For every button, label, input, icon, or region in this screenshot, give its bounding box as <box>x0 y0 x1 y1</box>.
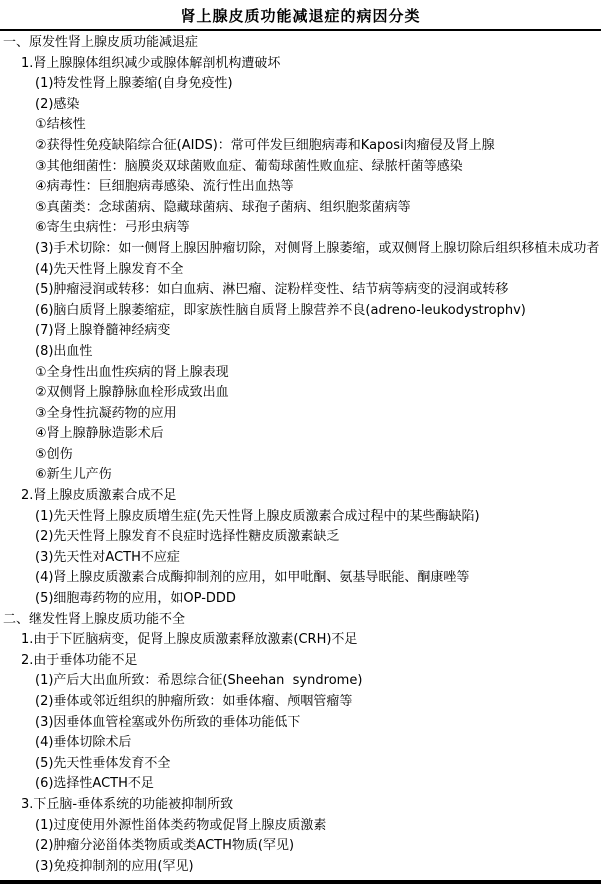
outline-line: (4)垂体切除术后 <box>0 733 601 754</box>
outline-line: (8)出血性 <box>0 342 601 363</box>
document-page: 肾上腺皮质功能减退症的病因分类 一、原发性肾上腺皮质功能减退症1.肾上腺腺体组织… <box>0 0 601 885</box>
outline-line: (3)先天性对ACTH不应症 <box>0 548 601 569</box>
outline-line: (1)特发性肾上腺萎缩(自身免疫性) <box>0 74 601 95</box>
outline-line: 3.下丘脑-垂体系统的功能被抑制所致 <box>0 795 601 816</box>
outline-line: ③其他细菌性：脑膜炎双球菌败血症、葡萄球菌性败血症、绿脓杆菌等感染 <box>0 157 601 178</box>
outline-line: (2)感染 <box>0 95 601 116</box>
outline-line: ⑥寄生虫病性：弓形虫病等 <box>0 218 601 239</box>
outline-line: (4)肾上腺皮质激素合成酶抑制剂的应用，如甲吡酮、氨基导眠能、酮康唑等 <box>0 568 601 589</box>
outline-line: ③全身性抗凝药物的应用 <box>0 404 601 425</box>
outline-line: ①结核性 <box>0 115 601 136</box>
outline-line: (3)手术切除：如一侧肾上腺因肿瘤切除，对侧肾上腺萎缩，或双侧肾上腺切除后组织移… <box>0 239 601 260</box>
outline-line: (4)先天性肾上腺发育不全 <box>0 260 601 281</box>
outline-line: (1)产后大出血所致：希恩综合征(Sheehan syndrome) <box>0 671 601 692</box>
outline-line: (2)肿瘤分泌甾体类物质或类ACTH物质(罕见) <box>0 836 601 857</box>
outline-line: (2)垂体或邻近组织的肿瘤所致：如垂体瘤、颅咽管瘤等 <box>0 692 601 713</box>
outline-line: 1.由于下匠脑病变，促肾上腺皮质激素释放激素(CRH)不足 <box>0 630 601 651</box>
outline-line: (3)免疫抑制剂的应用(罕见) <box>0 857 601 878</box>
outline-line: ②获得性免疫缺陷综合征(AIDS)：常可伴发巨细胞病毒和Kaposi肉瘤侵及肾上… <box>0 136 601 157</box>
outline-line: 1.肾上腺腺体组织减少或腺体解剖机构遭破坏 <box>0 54 601 75</box>
outline-line: ①全身性出血性疾病的肾上腺表现 <box>0 363 601 384</box>
outline-line: (5)细胞毒药物的应用，如OP-DDD <box>0 589 601 610</box>
page-title: 肾上腺皮质功能减退症的病因分类 <box>0 0 601 25</box>
outline-line: ⑥新生儿产伤 <box>0 465 601 486</box>
outline-line: ④肾上腺静脉造影术后 <box>0 424 601 445</box>
outline-line: ⑤真菌类：念球菌病、隐藏球菌病、球孢子菌病、组织胞浆菌病等 <box>0 198 601 219</box>
outline-line: ②双侧肾上腺静脉血栓形成致出血 <box>0 383 601 404</box>
outline-line: (3)因垂体血管栓塞或外伤所致的垂体功能低下 <box>0 713 601 734</box>
bottom-divider <box>0 880 601 884</box>
outline-content: 一、原发性肾上腺皮质功能减退症1.肾上腺腺体组织减少或腺体解剖机构遭破坏(1)特… <box>0 31 601 877</box>
outline-line: (2)先天性肾上腺发育不良症时选择性糖皮质激素缺乏 <box>0 527 601 548</box>
outline-line: (5)肿瘤浸润或转移：如白血病、淋巴瘤、淀粉样变性、结节病等病变的浸润或转移 <box>0 280 601 301</box>
outline-line: ④病毒性：巨细胞病毒感染、流行性出血热等 <box>0 177 601 198</box>
outline-line: 2.肾上腺皮质激素合成不足 <box>0 486 601 507</box>
outline-line: ⑤创伤 <box>0 445 601 466</box>
outline-line: 一、原发性肾上腺皮质功能减退症 <box>0 33 601 54</box>
outline-line: (1)过度使用外源性甾体类药物或促肾上腺皮质激素 <box>0 816 601 837</box>
outline-line: 2.由于垂体功能不足 <box>0 651 601 672</box>
outline-line: (6)脑白质肾上腺萎缩症，即家族性脑自质肾上腺营养不良(adreno-leuko… <box>0 301 601 322</box>
outline-line: 二、继发性肾上腺皮质功能不全 <box>0 610 601 631</box>
outline-line: (1)先天性肾上腺皮质增生症(先天性肾上腺皮质激素合成过程中的某些酶缺陷) <box>0 507 601 528</box>
outline-line: (7)肾上腺脊髓神经病变 <box>0 321 601 342</box>
outline-line: (5)先天性垂体发育不全 <box>0 754 601 775</box>
outline-line: (6)选择性ACTH不足 <box>0 774 601 795</box>
